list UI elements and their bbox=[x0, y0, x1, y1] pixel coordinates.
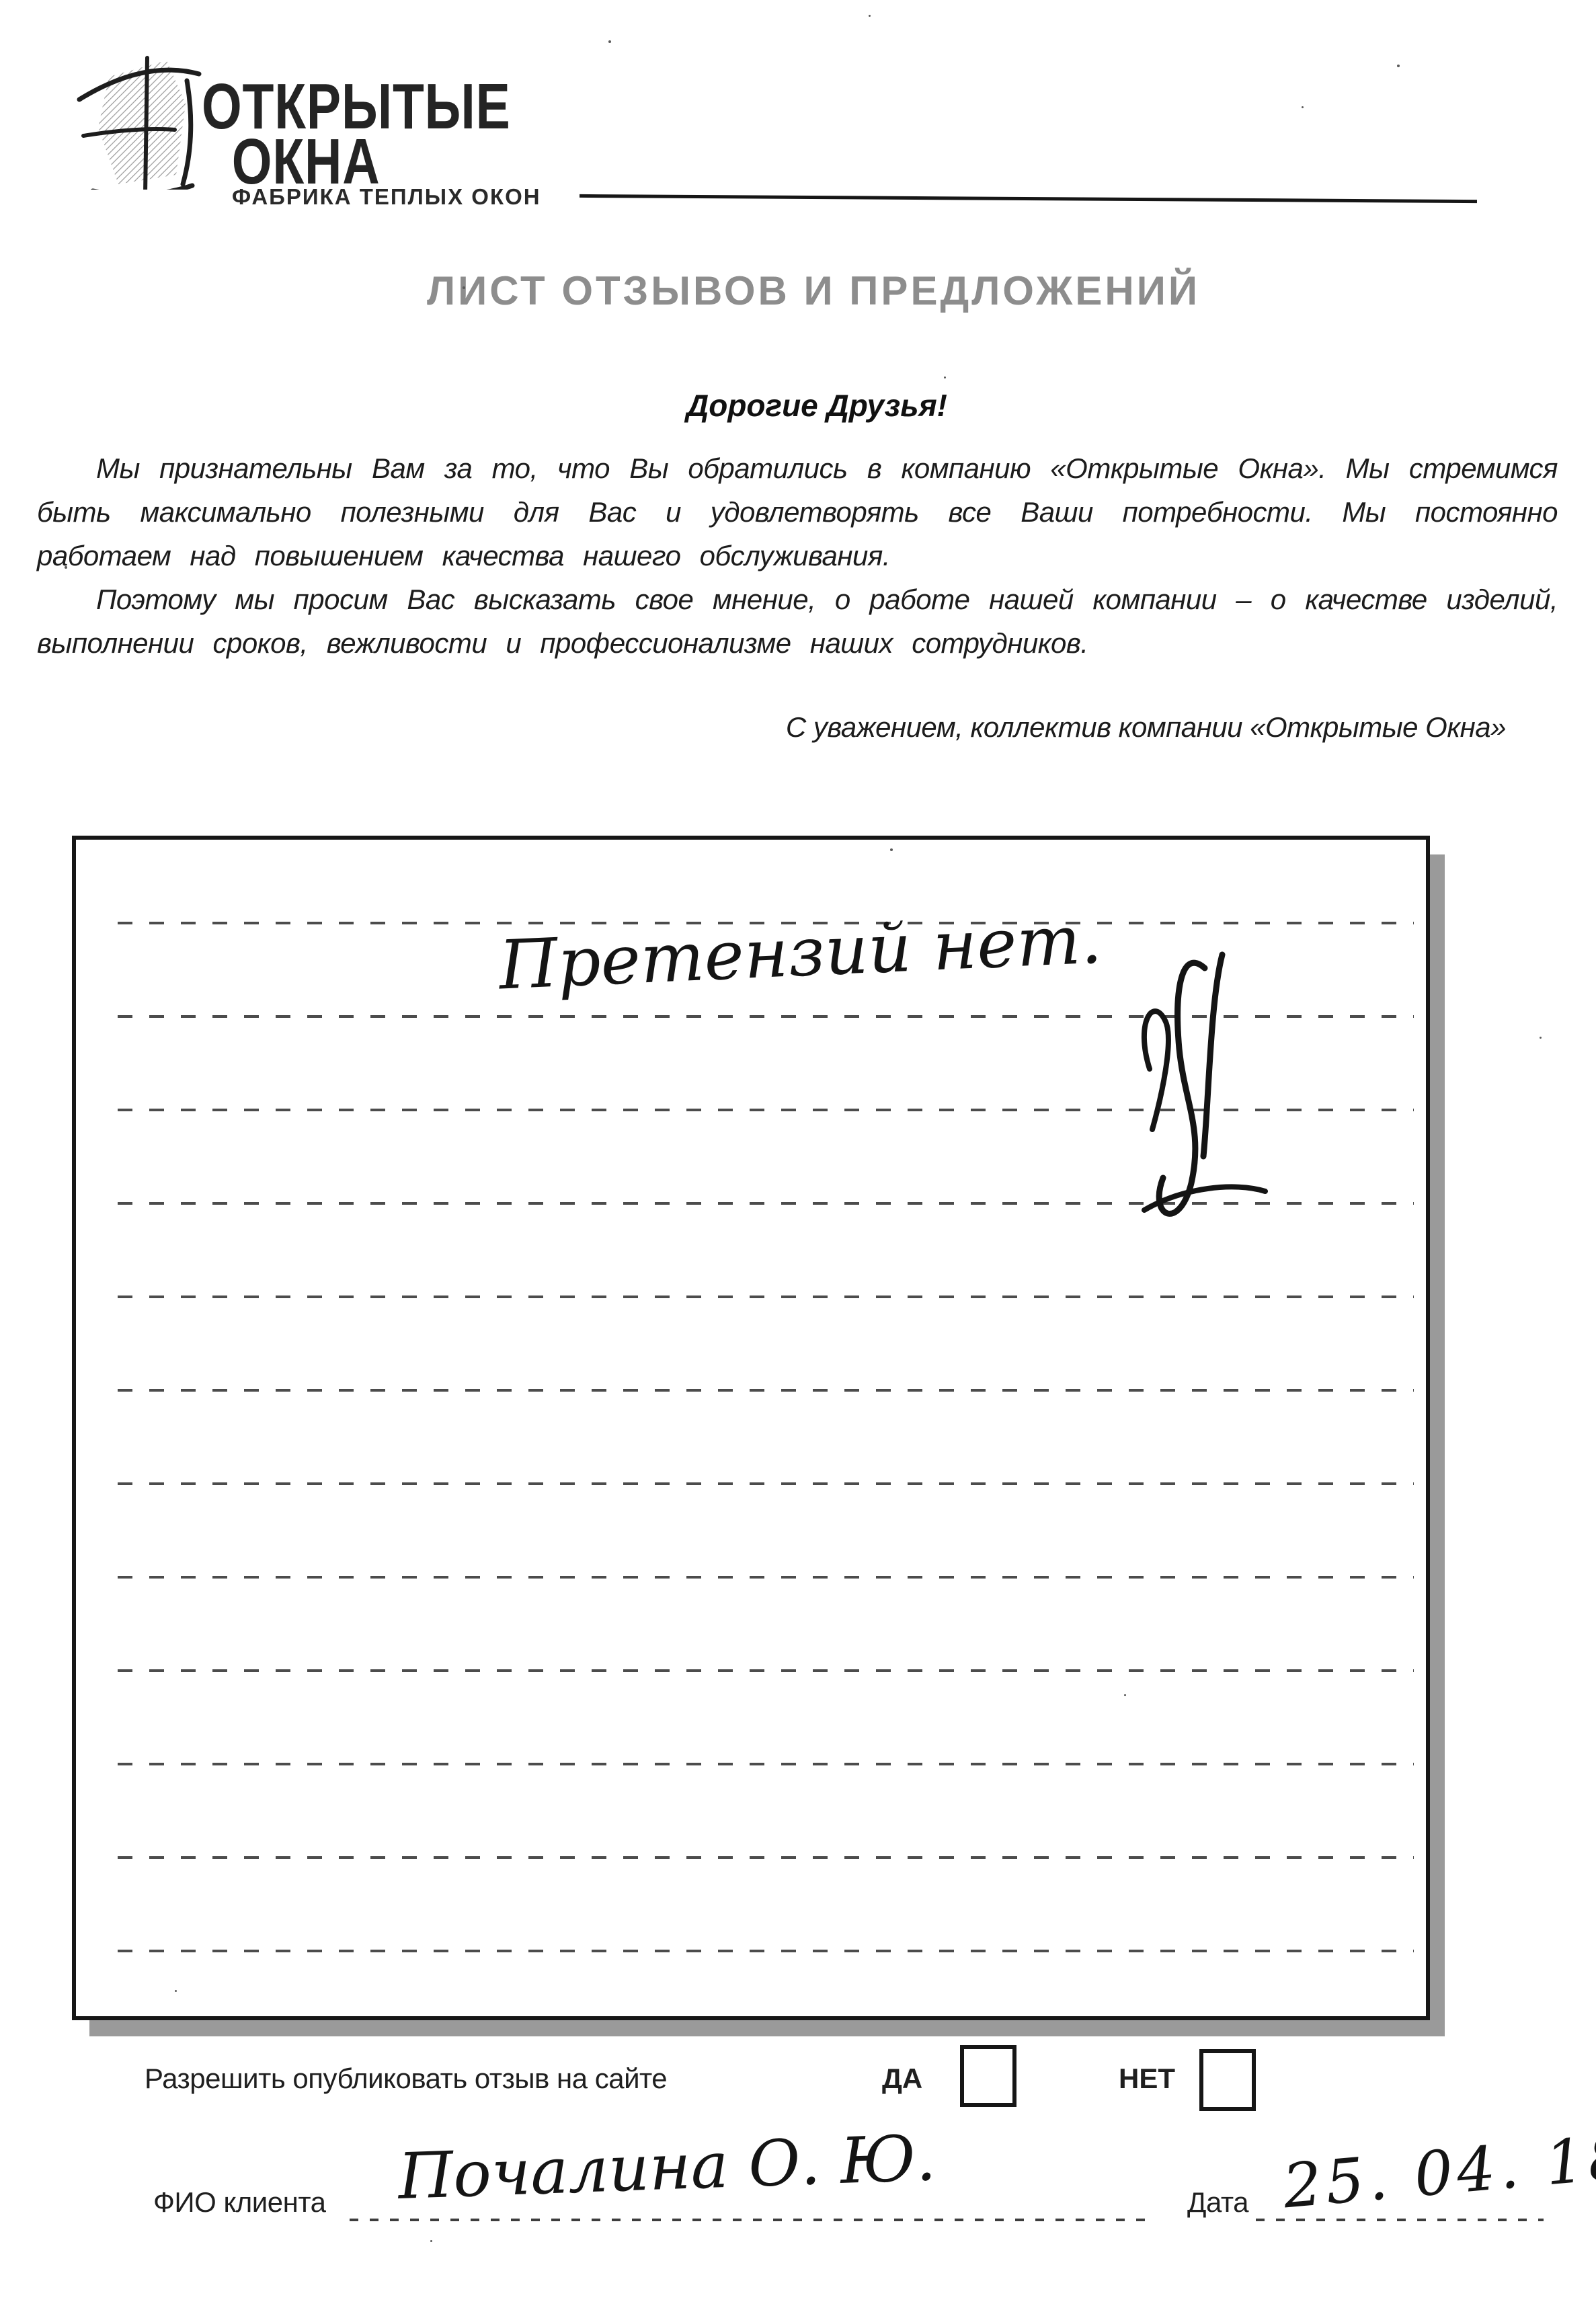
header-rule-line bbox=[580, 194, 1477, 203]
consent-yes-label: ДА bbox=[882, 2063, 922, 2095]
consent-no-label: НЕТ bbox=[1119, 2063, 1175, 2095]
scan-speck bbox=[869, 15, 871, 17]
scan-speck bbox=[1124, 1694, 1126, 1696]
signoff-text: С уважением, коллектив компании «Открыты… bbox=[0, 711, 1506, 744]
date-label: Дата bbox=[1187, 2186, 1248, 2219]
intro-text: Мы признательны Вам за то, что Вы обрати… bbox=[37, 446, 1558, 665]
ruled-line bbox=[118, 1950, 1414, 1952]
handwritten-client-name: Почалина О. Ю. bbox=[397, 2122, 937, 2214]
consent-no-checkbox[interactable] bbox=[1199, 2049, 1256, 2111]
ruled-line bbox=[118, 1763, 1414, 1765]
scan-speck bbox=[1302, 106, 1304, 108]
brand-tagline: ФАБРИКА ТЕПЛЫХ ОКОН bbox=[232, 184, 541, 210]
signature-icon bbox=[1109, 928, 1271, 1244]
consent-yes-checkbox[interactable] bbox=[960, 2045, 1016, 2107]
scan-speck bbox=[944, 376, 946, 378]
ruled-line bbox=[118, 1856, 1414, 1859]
scanned-feedback-form: ОТКРЫТЫЕ ОКНА ФАБРИКА ТЕПЛЫХ ОКОН ЛИСТ О… bbox=[0, 0, 1596, 2312]
client-name-field[interactable] bbox=[350, 2219, 1150, 2221]
consent-question-label: Разрешить опубликовать отзыв на сайте bbox=[145, 2063, 667, 2095]
ruled-line bbox=[118, 1482, 1414, 1485]
greeting-heading: Дорогие Друзья! bbox=[0, 387, 1596, 424]
scan-speck bbox=[1397, 65, 1400, 67]
page-title: ЛИСТ ОТЗЫВОВ И ПРЕДЛОЖЕНИЙ bbox=[0, 268, 1596, 314]
scan-speck bbox=[608, 40, 611, 43]
scan-speck bbox=[65, 566, 67, 569]
scan-speck bbox=[430, 2240, 432, 2242]
scan-speck bbox=[463, 286, 465, 289]
scan-speck bbox=[890, 848, 893, 851]
brand-name-line2: ОКНА bbox=[232, 134, 511, 190]
handwritten-date: 25. 04. 18 bbox=[1280, 2122, 1596, 2223]
client-name-label: ФИО клиента bbox=[153, 2186, 325, 2219]
ruled-line bbox=[118, 1295, 1414, 1298]
scan-speck bbox=[175, 1990, 177, 1992]
intro-paragraph-2: Поэтому мы просим Вас высказать свое мне… bbox=[37, 577, 1558, 665]
ruled-line bbox=[118, 1389, 1414, 1392]
company-logo-window-icon bbox=[67, 42, 208, 190]
intro-paragraph-1: Мы признательны Вам за то, что Вы обрати… bbox=[37, 446, 1558, 577]
scan-speck bbox=[1540, 1037, 1542, 1039]
ruled-line bbox=[118, 1669, 1414, 1672]
brand-name: ОТКРЫТЫЕ ОКНА bbox=[202, 79, 511, 190]
ruled-line bbox=[118, 1576, 1414, 1579]
